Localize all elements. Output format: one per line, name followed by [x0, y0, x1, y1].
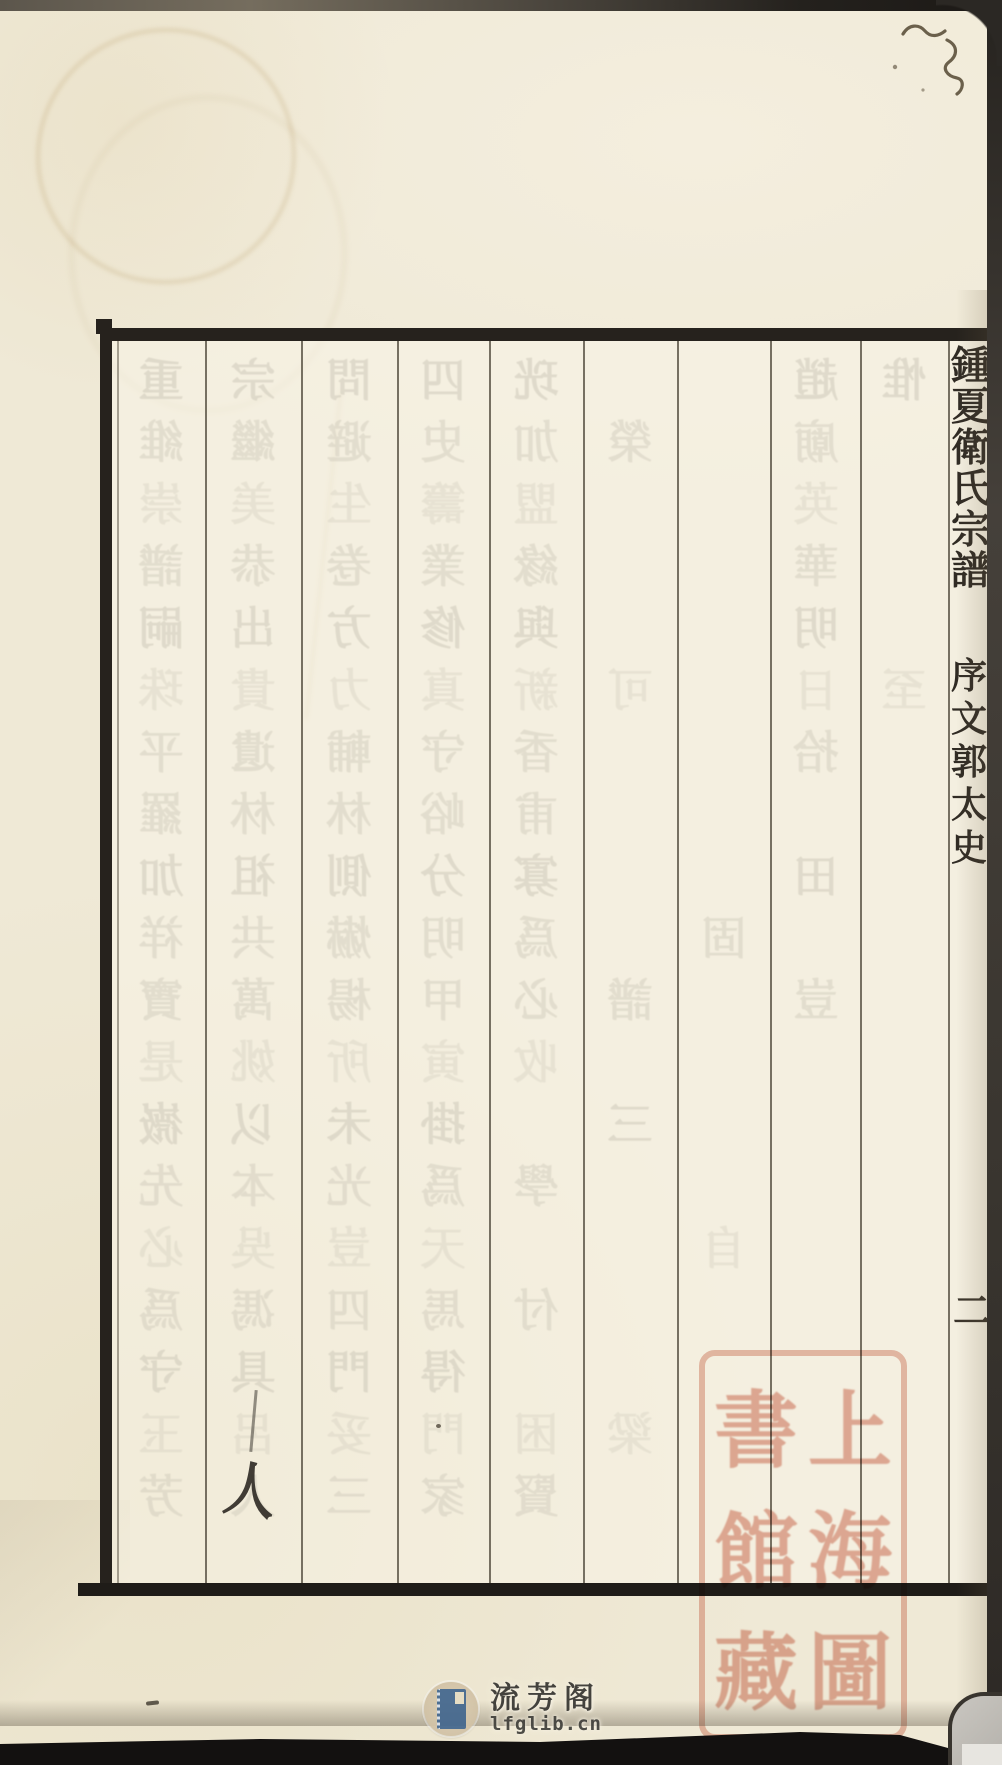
ink-speck	[436, 1424, 441, 1428]
right-edge-shading	[956, 290, 988, 1700]
watermark-logo-icon	[424, 1682, 478, 1736]
seal-char: 書	[709, 1364, 803, 1485]
column-line	[117, 341, 119, 1583]
column-line	[583, 341, 585, 1583]
column-line	[489, 341, 491, 1583]
column-line	[301, 341, 303, 1583]
seal-char: 上	[803, 1364, 897, 1485]
frame-border-top	[100, 328, 1002, 341]
scan-edge-top	[0, 0, 1002, 11]
seal-char: 館	[709, 1485, 803, 1606]
watermark-site-url: lfglib.cn	[490, 1715, 602, 1735]
frame-border-left	[100, 321, 112, 1596]
seal-column-right: 上海圖	[803, 1364, 897, 1726]
scanner-bed-corner	[962, 1744, 1002, 1765]
column-line	[397, 341, 399, 1583]
column-line	[948, 341, 950, 1583]
book-icon	[437, 1689, 466, 1729]
scan-edge-right	[987, 0, 1002, 1700]
genealogy-scan-page: { "page": { "title_column": "鍾夏衛氏宗譜", "s…	[0, 0, 1002, 1765]
watermark-site-name: 流芳阁	[490, 1683, 602, 1715]
watermark-text: 流芳阁 lfglib.cn	[490, 1683, 602, 1734]
site-watermark: 流芳阁 lfglib.cn	[424, 1682, 602, 1736]
seal-char: 海	[803, 1485, 897, 1606]
seal-column-left: 書館藏	[709, 1364, 803, 1726]
column-line	[677, 341, 679, 1583]
library-seal-stamp: 上海圖 書館藏	[699, 1350, 907, 1740]
handwritten-mark	[885, 12, 995, 102]
column-line	[205, 341, 207, 1583]
